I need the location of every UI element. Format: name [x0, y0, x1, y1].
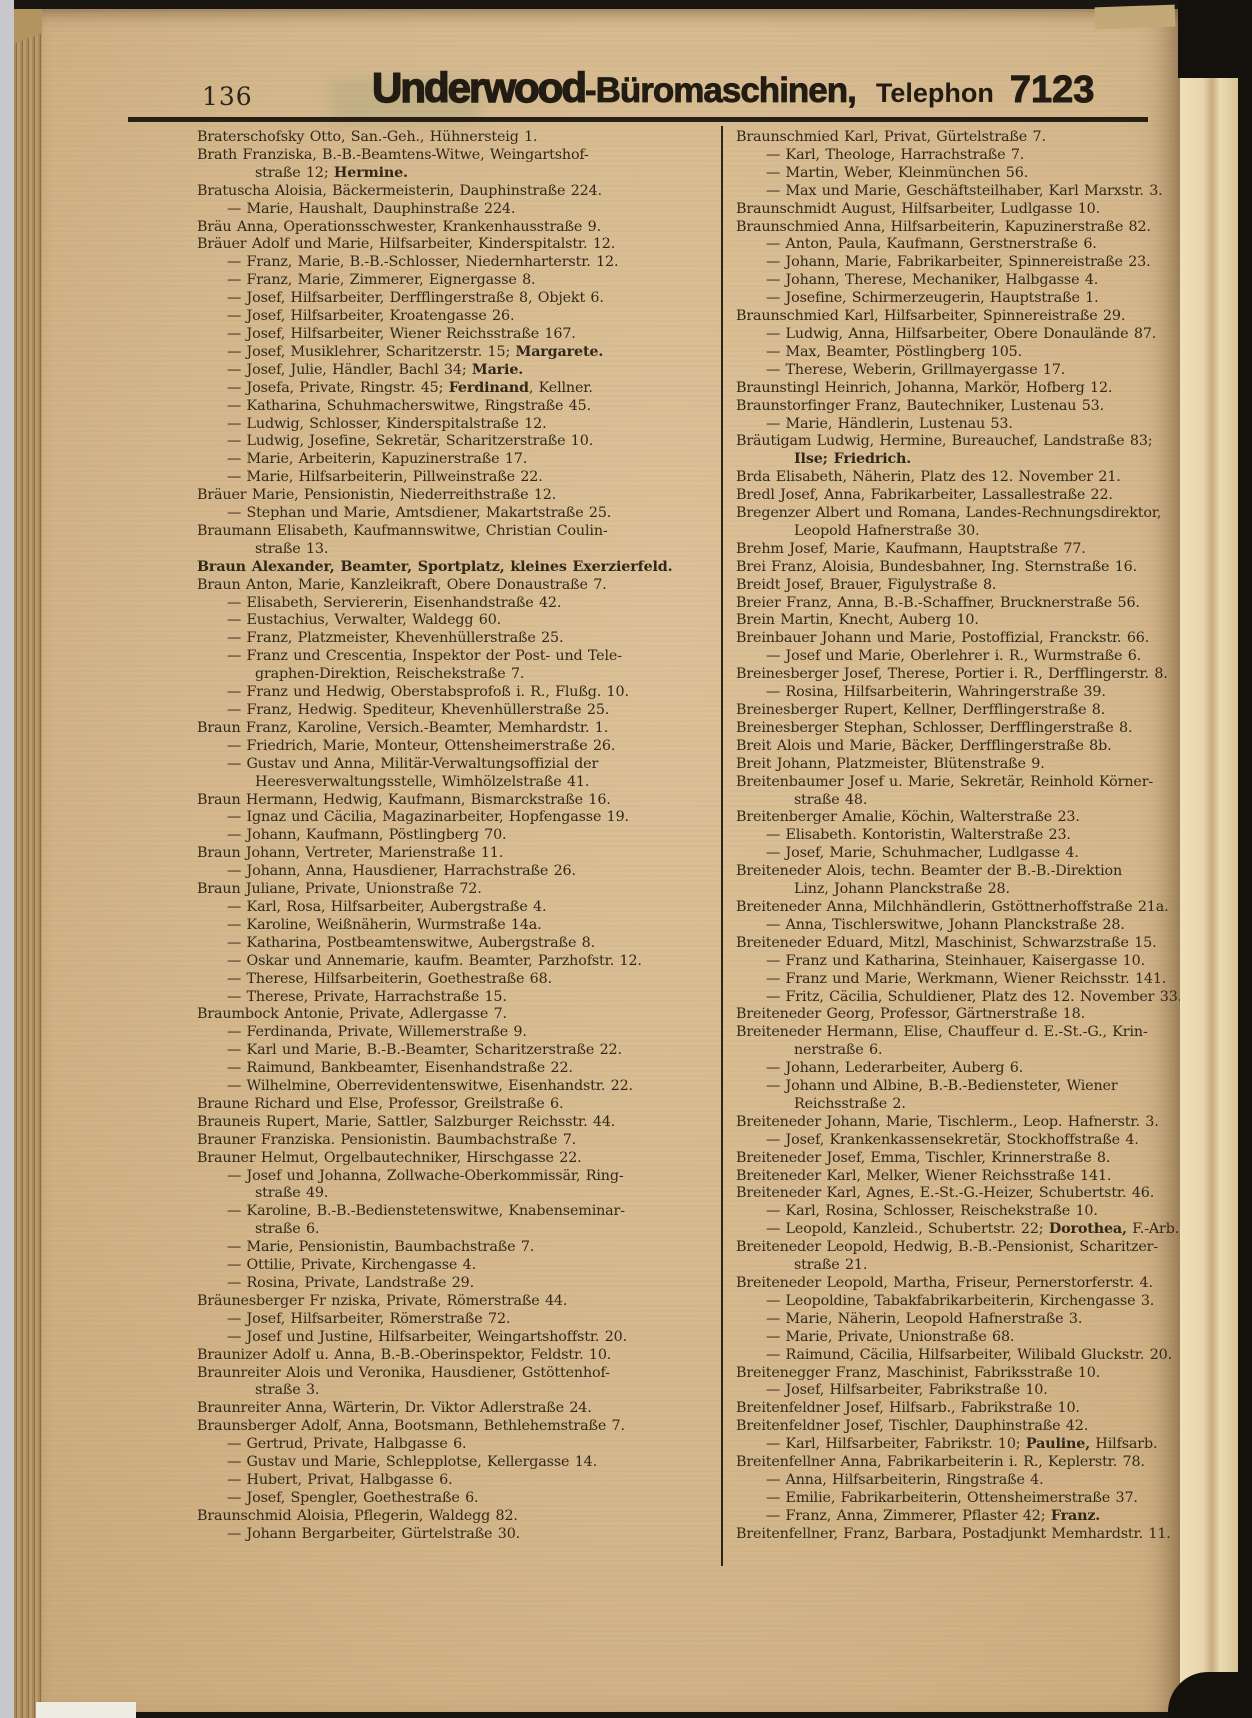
directory-entry-line: Breitenfellner, Franz, Barbara, Postadju…: [736, 1526, 1218, 1544]
directory-entry-line: — Therese, Weberin, Grillmayergasse 17.: [736, 362, 1218, 380]
directory-entry-line: Bredl Josef, Anna, Fabrikarbeiter, Lassa…: [736, 487, 1218, 505]
directory-entry-line: Braunschmid Aloisia, Pflegerin, Waldegg …: [197, 1508, 713, 1526]
directory-entry-line: — Therese, Hilfsarbeiterin, Goethestraße…: [197, 971, 713, 989]
directory-left-column: Braterschofsky Otto, San.-Geh., Hühnerst…: [197, 129, 713, 1557]
directory-entry-line: — Franz und Katharina, Steinhauer, Kaise…: [736, 953, 1218, 971]
directory-entry-line: — Marie, Haushalt, Dauphinstraße 224.: [197, 201, 713, 219]
directory-entry-line: Braunsberger Adolf, Anna, Bootsmann, Bet…: [197, 1418, 713, 1436]
directory-entry-line: straße 49.: [197, 1185, 713, 1203]
directory-entry-line: — Anna, Hilfsarbeiterin, Ringstraße 4.: [736, 1472, 1218, 1490]
directory-entry-line: Ilse; Friedrich.: [736, 451, 1218, 469]
directory-entry-line: Breiteneder Johann, Marie, Tischlerm., L…: [736, 1114, 1218, 1132]
directory-entry-line: straße 6.: [197, 1221, 713, 1239]
directory-entry-line: — Ludwig, Schlosser, Kinderspitalstraße …: [197, 416, 713, 434]
directory-entry-line: — Karl, Rosa, Hilfsarbeiter, Aubergstraß…: [197, 899, 713, 917]
directory-entry-line: Brauner Helmut, Orgelbautechniker, Hirsc…: [197, 1150, 713, 1168]
directory-entry-line: — Franz und Crescentia, Inspektor der Po…: [197, 648, 713, 666]
directory-entry-line: — Johann und Albine, B.-B.-Bediensteter,…: [736, 1078, 1218, 1096]
directory-entry-line: — Ottilie, Private, Kirchengasse 4.: [197, 1257, 713, 1275]
directory-entry-line: — Rosina, Hilfsarbeiterin, Wahringerstra…: [736, 684, 1218, 702]
directory-entry-line: — Johann, Anna, Hausdiener, Harrachstraß…: [197, 863, 713, 881]
directory-entry-line: — Rosina, Private, Landstraße 29.: [197, 1275, 713, 1293]
directory-entry-line: Breiteneder Eduard, Mitzl, Maschinist, S…: [736, 935, 1218, 953]
directory-entry-line: Breiteneder Leopold, Martha, Friseur, Pe…: [736, 1275, 1218, 1293]
directory-entry-line: Breitenfeldner Josef, Tischler, Dauphins…: [736, 1418, 1218, 1436]
directory-entry-line: — Karoline, Weißnäherin, Wurmstraße 14a.: [197, 917, 713, 935]
directory-entry-line: Bräunesberger Fr nziska, Private, Römers…: [197, 1293, 713, 1311]
directory-entry-line: — Franz, Hedwig. Spediteur, Khevenhüller…: [197, 702, 713, 720]
directory-entry-line: — Josefine, Schirmerzeugerin, Hauptstraß…: [736, 290, 1218, 308]
book-gutter-facing-page-edge: [1180, 70, 1238, 1718]
scan-top-right-corner: [1178, 0, 1252, 78]
directory-entry-line: Heeresverwaltungsstelle, Wimhölzelstraße…: [197, 774, 713, 792]
directory-entry-line: Breit Johann, Platzmeister, Blütenstraße…: [736, 756, 1218, 774]
directory-entry-line: — Oskar und Annemarie, kaufm. Beamter, P…: [197, 953, 713, 971]
directory-entry-line: — Katharina, Postbeamtenswitwe, Aubergst…: [197, 935, 713, 953]
directory-entry-line: — Josef und Justine, Hilfsarbeiter, Wein…: [197, 1329, 713, 1347]
directory-entry-line: — Max, Beamter, Pöstlingberg 105.: [736, 344, 1218, 362]
page-number: 136: [202, 82, 253, 111]
directory-entry-line: Breiteneder Anna, Milchhändlerin, Gstött…: [736, 899, 1218, 917]
header-telephone-number: 7123: [1010, 69, 1095, 112]
directory-entry-line: Breiteneder Josef, Emma, Tischler, Krinn…: [736, 1150, 1218, 1168]
directory-entry-line: Breidt Josef, Brauer, Figulystraße 8.: [736, 577, 1218, 595]
directory-entry-line: — Johann, Kaufmann, Pöstlingberg 70.: [197, 827, 713, 845]
directory-entry-line: — Fritz, Cäcilia, Schuldiener, Platz des…: [736, 989, 1218, 1007]
directory-entry-line: — Eustachius, Verwalter, Waldegg 60.: [197, 612, 713, 630]
directory-entry-line: Breiteneder Hermann, Elise, Chauffeur d.…: [736, 1024, 1218, 1042]
directory-entry-line: — Josef, Hilfsarbeiter, Kroatengasse 26.: [197, 308, 713, 326]
directory-entry-line: — Josef, Hilfsarbeiter, Derfflingerstraß…: [197, 290, 713, 308]
directory-entry-line: Breiteneder Leopold, Hedwig, B.-B.-Pensi…: [736, 1239, 1218, 1257]
directory-entry-line: Brath Franziska, B.-B.-Beamtens-Witwe, W…: [197, 147, 713, 165]
directory-entry-line: — Josef, Hilfsarbeiter, Wiener Reichsstr…: [197, 326, 713, 344]
directory-entry-line: graphen-Direktion, Reischekstraße 7.: [197, 666, 713, 684]
directory-entry-line: — Karl, Theologe, Harrachstraße 7.: [736, 147, 1218, 165]
directory-entry-line: Brda Elisabeth, Näherin, Platz des 12. N…: [736, 469, 1218, 487]
directory-entry-line: — Ludwig, Josefine, Sekretär, Scharitzer…: [197, 433, 713, 451]
directory-entry-line: — Friedrich, Marie, Monteur, Ottensheime…: [197, 738, 713, 756]
directory-entry-line: — Johann, Marie, Fabrikarbeiter, Spinner…: [736, 254, 1218, 272]
directory-entry-line: Breitenberger Amalie, Köchin, Walterstra…: [736, 809, 1218, 827]
directory-entry-line: Breitenfellner Anna, Fabrikarbeiterin i.…: [736, 1454, 1218, 1472]
directory-entry-line: — Martin, Weber, Kleinmünchen 56.: [736, 165, 1218, 183]
directory-entry-line: — Josef, Hilfsarbeiter, Römerstraße 72.: [197, 1311, 713, 1329]
directory-entry-line: Breinesberger Stephan, Schlosser, Derffl…: [736, 720, 1218, 738]
directory-entry-line: — Josef, Julie, Händler, Bachl 34; Marie…: [197, 362, 713, 380]
directory-entry-line: Braunschmied Karl, Privat, Gürtelstraße …: [736, 129, 1218, 147]
directory-entry-line: — Johann, Therese, Mechaniker, Halbgasse…: [736, 272, 1218, 290]
directory-entry-line: Reichsstraße 2.: [736, 1096, 1218, 1114]
directory-entry-line: Brehm Josef, Marie, Kaufmann, Hauptstraß…: [736, 541, 1218, 559]
directory-entry-line: Breinesberger Josef, Therese, Portier i.…: [736, 666, 1218, 684]
directory-entry-line: — Josef, Krankenkassensekretär, Stockhof…: [736, 1132, 1218, 1150]
directory-entry-line: nerstraße 6.: [736, 1042, 1218, 1060]
directory-entry-line: — Franz, Anna, Zimmerer, Pflaster 42; Fr…: [736, 1508, 1218, 1526]
directory-entry-line: — Wilhelmine, Oberrevidentenswitwe, Eise…: [197, 1078, 713, 1096]
directory-entry-line: — Marie, Näherin, Leopold Hafnerstraße 3…: [736, 1311, 1218, 1329]
directory-entry-line: Braunschmied Anna, Hilfsarbeiterin, Kapu…: [736, 219, 1218, 237]
directory-entry-line: — Therese, Private, Harrachstraße 15.: [197, 989, 713, 1007]
directory-entry-line: — Raimund, Cäcilia, Hilfsarbeiter, Wilib…: [736, 1347, 1218, 1365]
directory-entry-line: Breit Alois und Marie, Bäcker, Derffling…: [736, 738, 1218, 756]
column-divider-rule: [721, 126, 723, 1566]
directory-entry-line: — Marie, Pensionistin, Baumbachstraße 7.: [197, 1239, 713, 1257]
directory-entry-line: Braun Hermann, Hedwig, Kaufmann, Bismarc…: [197, 792, 713, 810]
directory-entry-line: — Karoline, B.-B.-Bedienstetenswitwe, Kn…: [197, 1203, 713, 1221]
directory-entry-line: Brein Martin, Knecht, Auberg 10.: [736, 612, 1218, 630]
directory-entry-line: Breitenegger Franz, Maschinist, Fabrikss…: [736, 1365, 1218, 1383]
directory-entry-line: Braunreiter Anna, Wärterin, Dr. Viktor A…: [197, 1400, 713, 1418]
directory-entry-line: Bregenzer Albert und Romana, Landes-Rech…: [736, 505, 1218, 523]
directory-entry-line: — Leopoldine, Tabakfabrikarbeiterin, Kir…: [736, 1293, 1218, 1311]
directory-entry-line: — Anton, Paula, Kaufmann, Gerstnerstraße…: [736, 236, 1218, 254]
directory-entry-line: Braunreiter Alois und Veronika, Hausdien…: [197, 1365, 713, 1383]
directory-entry-line: Brei Franz, Aloisia, Bundesbahner, Ing. …: [736, 559, 1218, 577]
header-rule: [128, 117, 1148, 122]
directory-entry-line: Bratuscha Aloisia, Bäckermeisterin, Daup…: [197, 183, 713, 201]
directory-entry-line: — Johann, Lederarbeiter, Auberg 6.: [736, 1060, 1218, 1078]
directory-entry-line: Braunschmied Karl, Hilfsarbeiter, Spinne…: [736, 308, 1218, 326]
directory-entry-line: Breinbauer Johann und Marie, Postoffizia…: [736, 630, 1218, 648]
directory-entry-line: — Franz und Marie, Werkmann, Wiener Reic…: [736, 971, 1218, 989]
directory-entry-line: — Karl, Rosina, Schlosser, Reischekstraß…: [736, 1203, 1218, 1221]
directory-entry-line: — Raimund, Bankbeamter, Eisenhandstraße …: [197, 1060, 713, 1078]
directory-entry-line: — Ludwig, Anna, Hilfsarbeiter, Obere Don…: [736, 326, 1218, 344]
directory-entry-line: Breiteneder Karl, Agnes, E.-St.-G.-Heize…: [736, 1185, 1218, 1203]
directory-right-column: Braunschmied Karl, Privat, Gürtelstraße …: [736, 129, 1218, 1557]
directory-entry-line: — Marie, Händlerin, Lustenau 53.: [736, 416, 1218, 434]
directory-entry-line: — Stephan und Marie, Amtsdiener, Makarts…: [197, 505, 713, 523]
directory-entry-line: — Josef, Spengler, Goethestraße 6.: [197, 1490, 713, 1508]
directory-entry-line: — Anna, Tischlerswitwe, Johann Planckstr…: [736, 917, 1218, 935]
directory-entry-line: Leopold Hafnerstraße 30.: [736, 523, 1218, 541]
directory-entry-line: Breiteneder Alois, techn. Beamter der B.…: [736, 863, 1218, 881]
directory-entry-line: Braunstingl Heinrich, Johanna, Markör, H…: [736, 380, 1218, 398]
header-telephone-label: Telephon: [876, 78, 994, 109]
directory-entry-line: Braun Johann, Vertreter, Marienstraße 11…: [197, 845, 713, 863]
directory-entry-line: straße 3.: [197, 1382, 713, 1400]
directory-entry-line: — Josef, Musiklehrer, Scharitzerstr. 15;…: [197, 344, 713, 362]
directory-entry-line: straße 12; Hermine.: [197, 165, 713, 183]
directory-entry-line: Brauneis Rupert, Marie, Sattler, Salzbur…: [197, 1114, 713, 1132]
book-page-stack-edge: [14, 22, 44, 1718]
directory-entry-line: — Katharina, Schuhmacherswitwe, Ringstra…: [197, 398, 713, 416]
book-cover-right-edge: [1238, 0, 1252, 1718]
directory-entry-line: — Franz, Marie, Zimmerer, Eignergasse 8.: [197, 272, 713, 290]
directory-entry-line: — Franz, Marie, B.-B.-Schlosser, Niedern…: [197, 254, 713, 272]
directory-entry-line: — Leopold, Kanzleid., Schubertstr. 22; D…: [736, 1221, 1218, 1239]
directory-entry-line: straße 13.: [197, 541, 713, 559]
book-page: 136 Underwood-Büromaschinen, Telephon 71…: [42, 8, 1180, 1712]
directory-entry-line: — Marie, Arbeiterin, Kapuzinerstraße 17.: [197, 451, 713, 469]
directory-entry-line: Braun Juliane, Private, Unionstraße 72.: [197, 881, 713, 899]
directory-entry-line: Breitenfeldner Josef, Hilfsarb., Fabriks…: [736, 1400, 1218, 1418]
directory-entry-line: — Josef, Marie, Schuhmacher, Ludlgasse 4…: [736, 845, 1218, 863]
directory-entry-line: Braumbock Antonie, Private, Adlergasse 7…: [197, 1006, 713, 1024]
directory-entry-line: Braune Richard und Else, Professor, Grei…: [197, 1096, 713, 1114]
directory-entry-line: straße 48.: [736, 792, 1218, 810]
directory-entry-line: Braun Anton, Marie, Kanzleikraft, Obere …: [197, 577, 713, 595]
directory-entry-line: — Hubert, Privat, Halbgasse 6.: [197, 1472, 713, 1490]
directory-entry-line: — Ferdinanda, Private, Willemerstraße 9.: [197, 1024, 713, 1042]
torn-paper-edge: [1095, 5, 1176, 30]
directory-entry-line: — Karl und Marie, B.-B.-Beamter, Scharit…: [197, 1042, 713, 1060]
directory-entry-line: — Gertrud, Private, Halbgasse 6.: [197, 1436, 713, 1454]
directory-entry-line: — Marie, Hilfsarbeiterin, Pillweinstraße…: [197, 469, 713, 487]
directory-entry-line: Braunstorfinger Franz, Bautechniker, Lus…: [736, 398, 1218, 416]
directory-entry-line: Breinesberger Rupert, Kellner, Derffling…: [736, 702, 1218, 720]
directory-entry-line: — Josef, Hilfsarbeiter, Fabrikstraße 10.: [736, 1382, 1218, 1400]
directory-entry-line: Braterschofsky Otto, San.-Geh., Hühnerst…: [197, 129, 713, 147]
directory-entry-line: Bräuer Adolf und Marie, Hilfsarbeiter, K…: [197, 236, 713, 254]
directory-entry-line: — Josefa, Private, Ringstr. 45; Ferdinan…: [197, 380, 713, 398]
directory-entry-line: Breiteneder Georg, Professor, Gärtnerstr…: [736, 1006, 1218, 1024]
directory-entry-line: — Ignaz und Cäcilia, Magazinarbeiter, Ho…: [197, 809, 713, 827]
directory-entry-line: — Marie, Private, Unionstraße 68.: [736, 1329, 1218, 1347]
directory-entry-line: — Emilie, Fabrikarbeiterin, Ottensheimer…: [736, 1490, 1218, 1508]
directory-entry-line: — Franz, Platzmeister, Khevenhüllerstraß…: [197, 630, 713, 648]
directory-entry-line: Breitenbaumer Josef u. Marie, Sekretär, …: [736, 774, 1218, 792]
directory-entry-line: — Gustav und Marie, Schlepplotse, Keller…: [197, 1454, 713, 1472]
directory-entry-line: Bräuer Marie, Pensionistin, Niederreiths…: [197, 487, 713, 505]
directory-entry-line: — Johann Bergarbeiter, Gürtelstraße 30.: [197, 1526, 713, 1544]
directory-entry-line: Brauner Franziska. Pensionistin. Baumbac…: [197, 1132, 713, 1150]
header-brand-suffix: -Büromaschinen,: [585, 71, 856, 111]
directory-entry-line: Breier Franz, Anna, B.-B.-Schaffner, Bru…: [736, 595, 1218, 613]
directory-entry-line: — Karl, Hilfsarbeiter, Fabrikstr. 10; Pa…: [736, 1436, 1218, 1454]
directory-entry-line: — Elisabeth, Serviererin, Eisenhandstraß…: [197, 595, 713, 613]
directory-entry-line: Bräu Anna, Operationsschwester, Krankenh…: [197, 219, 713, 237]
directory-entry-line: Breiteneder Karl, Melker, Wiener Reichss…: [736, 1168, 1218, 1186]
directory-entry-line: — Max und Marie, Geschäftsteilhaber, Kar…: [736, 183, 1218, 201]
page-header: Underwood-Büromaschinen, Telephon 7123: [372, 64, 1162, 116]
scan-bottom-left-paper-sliver: [36, 1702, 136, 1718]
directory-entry-line: Braumann Elisabeth, Kaufmannswitwe, Chri…: [197, 523, 713, 541]
header-brand: Underwood: [372, 64, 585, 112]
directory-entry-line: Braunizer Adolf u. Anna, B.-B.-Oberinspe…: [197, 1347, 713, 1365]
directory-entry-line: Braun Franz, Karoline, Versich.-Beamter,…: [197, 720, 713, 738]
scan-top-edge: [14, 0, 1252, 9]
directory-entry-line: — Gustav und Anna, Militär-Verwaltungsof…: [197, 756, 713, 774]
directory-entry-line: straße 21.: [736, 1257, 1218, 1275]
directory-entry-line: Bräutigam Ludwig, Hermine, Bureauchef, L…: [736, 433, 1218, 451]
directory-entry-line: Linz, Johann Planckstraße 28.: [736, 881, 1218, 899]
directory-entry-line: — Josef und Johanna, Zollwache-Oberkommi…: [197, 1168, 713, 1186]
directory-entry-line: Braunschmidt August, Hilfsarbeiter, Ludl…: [736, 201, 1218, 219]
directory-entry-line: — Josef und Marie, Oberlehrer i. R., Wur…: [736, 648, 1218, 666]
directory-entry-line: — Elisabeth. Kontoristin, Walterstraße 2…: [736, 827, 1218, 845]
directory-entry-line: — Franz und Hedwig, Oberstabsprofoß i. R…: [197, 684, 713, 702]
directory-entry-line: Braun Alexander, Beamter, Sportplatz, kl…: [197, 559, 713, 577]
